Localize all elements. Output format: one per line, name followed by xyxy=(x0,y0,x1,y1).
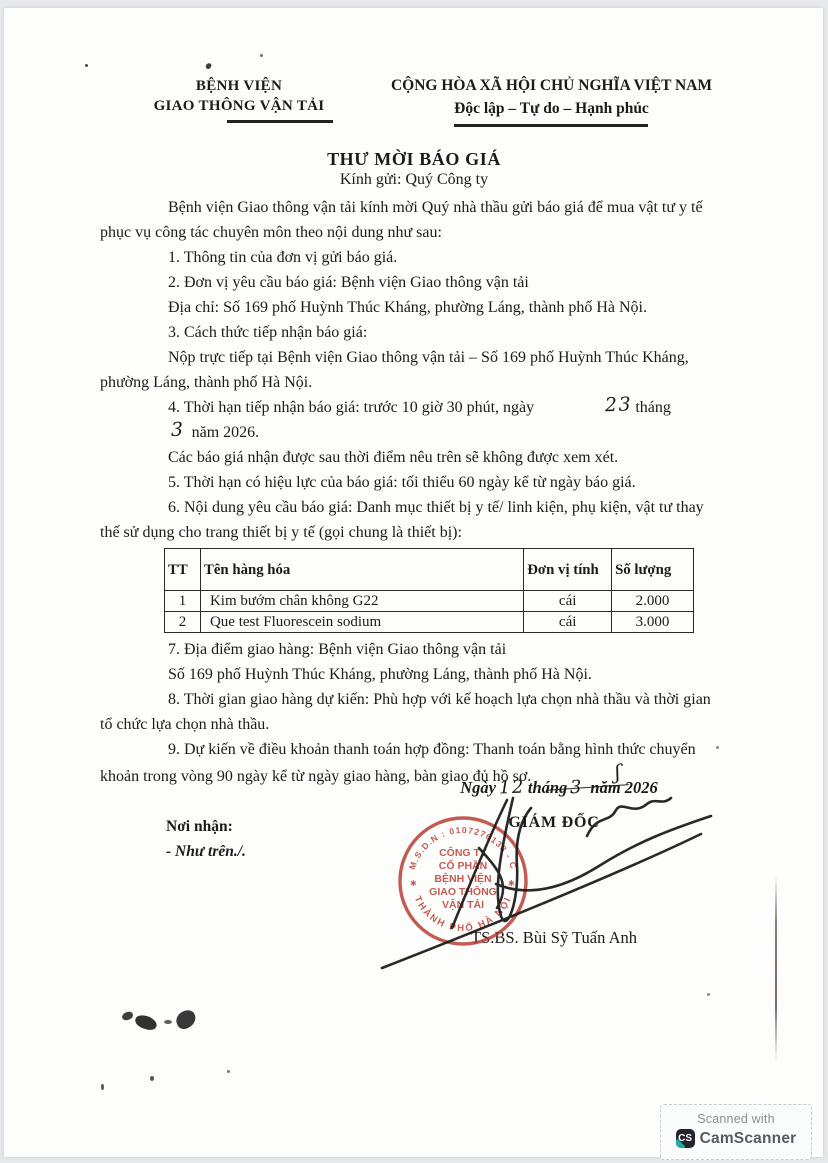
camscanner-caption: Scanned with xyxy=(661,1112,811,1126)
letterhead-org: BỆNH VIỆN GIAO THÔNG VẬN TẢI xyxy=(124,76,354,116)
item-1: 1. Thông tin của đơn vị gửi báo giá. xyxy=(100,245,720,270)
quote-table: TT Tên hàng hóa Đơn vị tính Số lượng 1 K… xyxy=(164,548,694,633)
document-body: Bệnh viện Giao thông vận tải kính mời Qu… xyxy=(100,195,720,789)
cell-name: Kim bướm chân không G22 xyxy=(200,591,523,612)
ink-dot xyxy=(205,62,212,70)
item-4-between: tháng xyxy=(635,399,671,416)
recipients-block: Nơi nhận: - Như trên./. xyxy=(166,818,246,861)
national-motto-line1: CỘNG HÒA XÃ HỘI CHỦ NGHĨA VIỆT NAM xyxy=(374,74,729,97)
col-header-unit: Đơn vị tính xyxy=(524,549,612,591)
org-name-line2: GIAO THÔNG VẬN TẢI xyxy=(124,96,354,116)
item-4-note: Các báo giá nhận được sau thời điểm nêu … xyxy=(100,445,720,470)
ink-smudge xyxy=(134,1014,158,1032)
scanned-page-background: BỆNH VIỆN GIAO THÔNG VẬN TẢI CỘNG HÒA XÃ… xyxy=(0,0,828,1163)
signature-strokes xyxy=(359,788,824,988)
camscanner-app-name: CamScanner xyxy=(700,1130,797,1148)
document-paper: BỆNH VIỆN GIAO THÔNG VẬN TẢI CỘNG HÒA XÃ… xyxy=(4,8,823,1157)
table-row: 2 Que test Fluorescein sodium cái 3.000 xyxy=(165,612,694,633)
ink-dot xyxy=(716,746,719,749)
recipients-label: Nơi nhận: xyxy=(166,818,246,836)
document-title: THƯ MỜI BÁO GIÁ xyxy=(4,149,824,170)
camscanner-badge: Scanned with CS CamScanner xyxy=(660,1104,812,1160)
scan-fold-line xyxy=(775,876,777,1061)
cell-unit: cái xyxy=(524,612,612,633)
cell-qty: 3.000 xyxy=(612,612,694,633)
table-header-row: TT Tên hàng hóa Đơn vị tính Số lượng xyxy=(165,549,694,591)
table-row: 1 Kim bướm chân không G22 cái 2.000 xyxy=(165,591,694,612)
item-4-text: 4. Thời hạn tiếp nhận báo giá: trước 10 … xyxy=(168,399,534,416)
item-8: 8. Thời gian giao hàng dự kiến: Phù hợp … xyxy=(100,687,720,737)
ink-dot xyxy=(260,54,263,57)
ink-smudge xyxy=(121,1011,133,1021)
cell-unit: cái xyxy=(524,591,612,612)
org-name-line1: BỆNH VIỆN xyxy=(124,76,354,96)
ink-dot xyxy=(707,993,710,996)
national-motto-line2: Độc lập – Tự do – Hạnh phúc xyxy=(374,97,729,120)
col-header-name: Tên hàng hóa xyxy=(200,549,523,591)
item-7: 7. Địa điểm giao hàng: Bệnh viện Giao th… xyxy=(100,637,720,662)
ink-dot xyxy=(101,1084,104,1090)
handwritten-day: 23 xyxy=(537,395,633,417)
item-3: 3. Cách thức tiếp nhận báo giá: xyxy=(100,320,720,345)
recipients-value: - Như trên./. xyxy=(166,843,246,861)
ink-dot xyxy=(85,64,88,67)
item-7-address: Số 169 phố Huỳnh Thúc Kháng, phường Láng… xyxy=(100,662,720,687)
col-header-qty: Số lượng xyxy=(612,549,694,591)
item-6: 6. Nội dung yêu cầu báo giá: Danh mục th… xyxy=(100,495,720,545)
handwritten-month: 3 xyxy=(103,421,185,443)
org-underline xyxy=(227,120,333,123)
letterhead-national: CỘNG HÒA XÃ HỘI CHỦ NGHĨA VIỆT NAM Độc l… xyxy=(374,74,729,120)
item-4: 4. Thời hạn tiếp nhận báo giá: trước 10 … xyxy=(100,395,720,445)
intro-paragraph: Bệnh viện Giao thông vận tải kính mời Qu… xyxy=(100,195,720,245)
item-2: 2. Đơn vị yêu cầu báo giá: Bệnh viện Gia… xyxy=(100,270,720,295)
camscanner-icon-letters: CS xyxy=(678,1133,692,1144)
motto-underline xyxy=(454,124,648,127)
salutation: Kính gửi: Quý Công ty xyxy=(4,171,824,189)
item-2-address: Địa chỉ: Số 169 phố Huỳnh Thúc Kháng, ph… xyxy=(100,295,720,320)
ink-smudge xyxy=(173,1008,198,1032)
item-4-suffix: năm 2026. xyxy=(192,424,260,441)
cell-name: Que test Fluorescein sodium xyxy=(200,612,523,633)
item-3-detail: Nộp trực tiếp tại Bệnh viện Giao thông v… xyxy=(100,345,720,395)
camscanner-icon: CS xyxy=(676,1129,695,1148)
col-header-tt: TT xyxy=(165,549,201,591)
cell-qty: 2.000 xyxy=(612,591,694,612)
ink-dot xyxy=(227,1070,230,1073)
cell-tt: 2 xyxy=(165,612,201,633)
ink-dot xyxy=(150,1076,154,1081)
ink-smudge xyxy=(164,1020,172,1024)
item-5: 5. Thời hạn có hiệu lực của báo giá: tối… xyxy=(100,470,720,495)
cell-tt: 1 xyxy=(165,591,201,612)
